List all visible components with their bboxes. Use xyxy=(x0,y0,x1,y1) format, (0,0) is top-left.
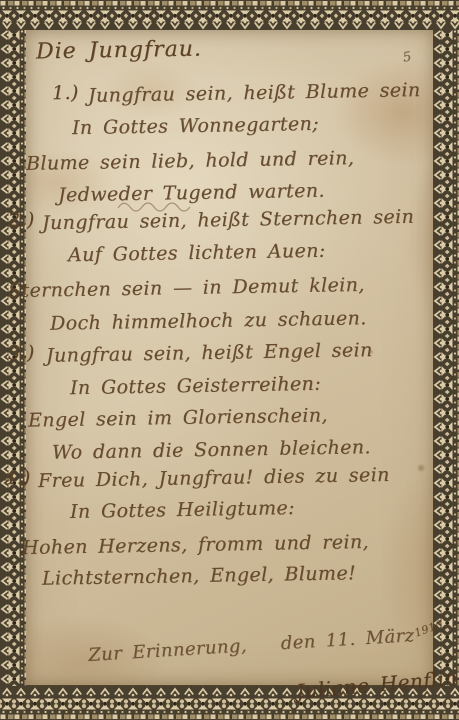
stanza-number: 1.) xyxy=(52,82,79,104)
dedication-line: Zur Erinnerung,den 11. März1910. xyxy=(88,623,451,666)
dedication-text: Zur Erinnerung, xyxy=(88,635,248,666)
poem-line: Doch himmelhoch zu schauen. xyxy=(50,307,367,335)
manuscript-page: Die Jungfrau. 5 1.) Jungfrau sein, heißt… xyxy=(0,0,459,720)
poem-line: In Gottes Wonnegarten; xyxy=(72,113,319,139)
page-title: Die Jungfrau. xyxy=(36,37,202,65)
signature: Juliane Henfling xyxy=(295,664,459,703)
poem-line: Auf Gottes lichten Auen: xyxy=(68,240,326,266)
poem-line: Wo dann die Sonnen bleichen. xyxy=(52,436,371,464)
dedication-gap xyxy=(247,649,281,651)
poem-line: Freu Dich, Jungfrau! dies zu sein xyxy=(38,464,390,492)
poem-line: Engel sein im Glorienschein, xyxy=(28,404,328,431)
stanza-number: 3.) xyxy=(8,342,35,364)
poem-line: Jungfrau sein, heißt Sternchen sein xyxy=(42,206,415,234)
poem-line: Jungfrau sein, heißt Engel sein xyxy=(46,339,373,367)
poem-line: In Gottes Heiligtume: xyxy=(70,497,295,523)
stanza-number: 4.) xyxy=(4,467,31,489)
poem-line: Jedweder Tugend warten. xyxy=(58,180,325,207)
poem-line: Lichtsternchen, Engel, Blume! xyxy=(42,562,356,589)
poem-line: Hohen Herzens, fromm und rein, xyxy=(22,531,369,559)
handwritten-text: Die Jungfrau. 5 1.) Jungfrau sein, heißt… xyxy=(0,0,459,720)
poem-line: Jungfrau sein, heißt Blume sein xyxy=(88,79,421,107)
poem-line: Blume sein lieb, hold und rein, xyxy=(26,147,355,175)
dedication-date: den 11. März xyxy=(280,625,415,654)
poem-line: Sternchen sein — in Demut klein, xyxy=(8,274,365,302)
page-number-mark: 5 xyxy=(402,49,413,65)
stanza-number: 2.) xyxy=(8,209,35,231)
poem-line: In Gottes Geisterreihen: xyxy=(70,373,321,399)
dedication-year: 1910. xyxy=(412,616,448,639)
